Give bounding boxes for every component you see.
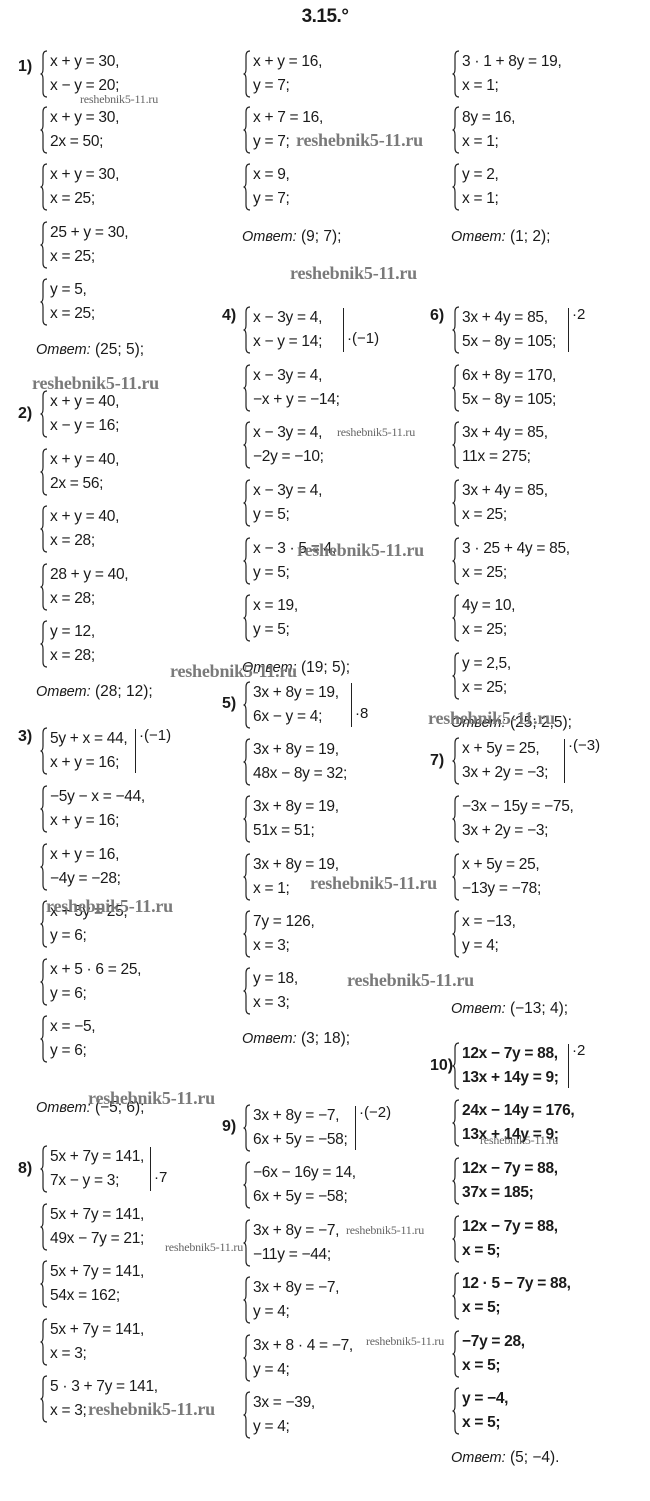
equation: 5 · 3 + 7y = 141, <box>50 1375 158 1399</box>
equation: y = 6; <box>50 982 141 1006</box>
equation: x = 28; <box>50 587 128 611</box>
equation-system: 3x + 8y = −7,y = 4; <box>243 1276 339 1324</box>
equation-system: 3x + 4y = 85,11x = 275; <box>452 421 548 469</box>
watermark: reshebnik5-11.ru <box>480 1133 558 1148</box>
answer-line: Ответ: (−13; 4); <box>451 1000 568 1018</box>
equation: x − 3y = 4, <box>253 306 322 330</box>
brace-icon <box>40 563 48 611</box>
watermark: reshebnik5-11.ru <box>296 130 423 151</box>
multiplier: ·(−2) <box>359 1104 391 1121</box>
brace-icon <box>243 1104 251 1152</box>
equation: y = 5, <box>50 278 95 302</box>
answer-value: (3; 18); <box>301 1030 350 1047</box>
problem-number: 4) <box>222 307 236 325</box>
brace-icon <box>452 163 460 211</box>
equation-system: 3x + 8 · 4 = −7,y = 4; <box>243 1334 353 1382</box>
equation: x = 25; <box>462 503 548 527</box>
equation-system: 7y = 126,x = 3; <box>243 910 315 958</box>
brace-icon <box>452 1042 460 1090</box>
equation: 6x + 5y = −58; <box>253 1128 347 1152</box>
exercise-title: 3.15.° <box>0 6 650 28</box>
equation: x = 25; <box>50 187 119 211</box>
watermark: reshebnik5-11.ru <box>165 1240 243 1255</box>
equation: y = 6; <box>50 1039 95 1063</box>
watermark: reshebnik5-11.ru <box>88 1088 215 1109</box>
multiplier: ·(−1) <box>139 727 171 744</box>
brace-icon <box>452 853 460 901</box>
answer-label: Ответ: <box>451 229 506 245</box>
answer-label: Ответ: <box>36 684 91 700</box>
brace-icon <box>40 785 48 833</box>
brace-icon <box>40 1203 48 1251</box>
equation-system: −6x − 16y = 14, 6x + 5y = −58; <box>243 1161 356 1209</box>
equation: y = 5; <box>253 503 322 527</box>
equation: 3 · 25 + 4y = 85, <box>462 537 570 561</box>
equation: x = 9, <box>253 163 290 187</box>
equation: x = 5; <box>462 1354 525 1378</box>
system-lines: 12x − 7y = 88,37x = 185; <box>462 1157 558 1205</box>
answer-line: Ответ: (9; 7); <box>242 228 341 246</box>
equation-system: x + y = 40,x − y = 16; <box>40 390 119 438</box>
equation-system: −5y − x = −44,x + y = 16; <box>40 785 145 833</box>
equation: x = 5; <box>462 1411 508 1435</box>
equation-system: −7y = 28,x = 5; <box>452 1330 525 1378</box>
system-lines: −6x − 16y = 14, 6x + 5y = −58; <box>253 1161 356 1209</box>
equation: x + 5y = 25, <box>462 853 541 877</box>
answer-line: Ответ: (1; 2); <box>451 228 550 246</box>
equation-system: y = 2, x = 1; <box>452 163 499 211</box>
system-lines: 7y = 126,x = 3; <box>253 910 315 958</box>
equation-system: x = 9,y = 7; <box>243 163 290 211</box>
equation: 48x − 8y = 32; <box>253 762 347 786</box>
system-lines: x + y = 30,x = 25; <box>50 163 119 211</box>
equation: x + y = 16; <box>50 751 127 775</box>
brace-icon <box>40 221 48 269</box>
equation: x = 19, <box>253 594 298 618</box>
answer-label: Ответ: <box>36 1100 91 1116</box>
equation: 6x + 5y = −58; <box>253 1185 356 1209</box>
equation-system: 5x + 7y = 141,7x − y = 3;·7 <box>40 1145 144 1193</box>
equation: −4y = −28; <box>50 867 121 891</box>
brace-icon <box>40 727 48 775</box>
system-lines: 5y + x = 44, x + y = 16; <box>50 727 127 775</box>
watermark: reshebnik5-11.ru <box>32 373 159 394</box>
equation: x = 25; <box>462 676 511 700</box>
equation-system: y = 18,x = 3; <box>243 967 298 1015</box>
brace-icon <box>40 843 48 891</box>
equation: 8y = 16, <box>462 106 515 130</box>
equation-system: 28 + y = 40,x = 28; <box>40 563 128 611</box>
equation: 3x + 8 · 4 = −7, <box>253 1334 353 1358</box>
brace-icon <box>452 652 460 700</box>
equation: x = 1; <box>462 74 561 98</box>
system-lines: y = −4,x = 5; <box>462 1387 508 1435</box>
watermark: reshebnik5-11.ru <box>366 1334 444 1349</box>
equation-system: 3x + 8y = 19,6x − y = 4;·8 <box>243 681 339 729</box>
equation: y = 7; <box>253 74 322 98</box>
multiplier: ·2 <box>572 1042 585 1059</box>
equation: 3x + 4y = 85, <box>462 421 548 445</box>
equation-system: 3 · 25 + 4y = 85,x = 25; <box>452 537 570 585</box>
equation-system: 25 + y = 30,x = 25; <box>40 221 128 269</box>
equation: 28 + y = 40, <box>50 563 128 587</box>
equation: x + y = 16, <box>253 50 322 74</box>
brace-icon <box>452 1387 460 1435</box>
equation: x + 5y = 25, <box>462 737 548 761</box>
equation: 3x + 2y = −3; <box>462 819 574 843</box>
equation: 3x + 8y = −7, <box>253 1219 339 1243</box>
watermark: reshebnik5-11.ru <box>297 540 424 561</box>
brace-icon <box>243 967 251 1015</box>
brace-icon <box>452 364 460 412</box>
brace-icon <box>452 50 460 98</box>
equation-system: x + y = 30,x = 25; <box>40 163 119 211</box>
watermark: reshebnik5-11.ru <box>347 970 474 991</box>
system-lines: 5x + 7y = 141,54x = 162; <box>50 1260 144 1308</box>
problem-number: 2) <box>18 405 32 423</box>
brace-icon <box>452 306 460 354</box>
system-lines: 3x + 8y = 19,48x − 8y = 32; <box>253 738 347 786</box>
system-lines: x + 5y = 25,3x + 2y = −3; <box>462 737 548 785</box>
system-lines: x = −13,y = 4; <box>462 910 516 958</box>
brace-icon <box>40 50 48 98</box>
brace-icon <box>40 448 48 496</box>
brace-icon <box>243 1276 251 1324</box>
watermark: reshebnik5-11.ru <box>310 873 437 894</box>
problem-number: 10) <box>430 1057 453 1075</box>
system-lines: x = −5,y = 6; <box>50 1015 95 1063</box>
equation-system: x = −5,y = 6; <box>40 1015 95 1063</box>
system-lines: 4y = 10,x = 25; <box>462 594 515 642</box>
equation: 5x + 7y = 141, <box>50 1145 144 1169</box>
equation: x + y = 16, <box>50 843 121 867</box>
equation: 12x − 7y = 88, <box>462 1042 559 1066</box>
equation: 54x = 162; <box>50 1284 144 1308</box>
divider-bar <box>355 1106 356 1150</box>
brace-icon <box>243 163 251 211</box>
equation-system: x = 19,y = 5; <box>243 594 298 642</box>
divider-bar <box>343 308 344 352</box>
equation: x = −13, <box>462 910 516 934</box>
equation: 3x + 4y = 85, <box>462 479 548 503</box>
watermark: reshebnik5-11.ru <box>170 661 297 682</box>
equation: y = 4; <box>253 1300 339 1324</box>
equation-system: 12x − 7y = 88,37x = 185; <box>452 1157 558 1205</box>
answer-value: (28; 12); <box>95 683 153 700</box>
system-lines: x + y = 16,y = 7; <box>253 50 322 98</box>
equation: 12x − 7y = 88, <box>462 1215 558 1239</box>
equation: x − y = 16; <box>50 414 119 438</box>
system-lines: 3x + 8y = 19,51x = 51; <box>253 795 339 843</box>
equation-system: x + y = 16,y = 7; <box>243 50 322 98</box>
system-lines: 12x − 7y = 88,13x + 14y = 9; <box>462 1042 559 1090</box>
equation: x + y = 30, <box>50 106 119 130</box>
problem-number: 7) <box>430 752 444 770</box>
equation: −x + y = −14; <box>253 388 340 412</box>
equation: y = −4, <box>462 1387 508 1411</box>
system-lines: 12 · 5 − 7y = 88,x = 5; <box>462 1272 571 1320</box>
equation: x = 25; <box>50 302 95 326</box>
equation-system: x + 5y = 25,3x + 2y = −3;·(−3) <box>452 737 548 785</box>
equation-system: x + y = 30,2x = 50; <box>40 106 119 154</box>
system-lines: x + y = 40,2x = 56; <box>50 448 119 496</box>
equation: x = 25; <box>462 618 515 642</box>
brace-icon <box>452 421 460 469</box>
brace-icon <box>243 1334 251 1382</box>
system-lines: 3x + 8y = −7,−11y = −44; <box>253 1219 339 1267</box>
equation: x = 5; <box>462 1239 558 1263</box>
equation: 11x = 275; <box>462 445 548 469</box>
equation-system: 3x + 8y = 19,51x = 51; <box>243 795 339 843</box>
brace-icon <box>452 479 460 527</box>
system-lines: −5y − x = −44,x + y = 16; <box>50 785 145 833</box>
equation-system: x + y = 40,x = 28; <box>40 505 119 553</box>
equation: x = 3; <box>253 934 315 958</box>
equation: x = 28; <box>50 529 119 553</box>
equation-system: 3x + 4y = 85,x = 25; <box>452 479 548 527</box>
equation: 5x + 7y = 141, <box>50 1260 144 1284</box>
equation-system: 5x + 7y = 141,49x − 7y = 21; <box>40 1203 144 1251</box>
equation: x + 5 · 6 = 25, <box>50 958 141 982</box>
brace-icon <box>243 421 251 469</box>
brace-icon <box>243 364 251 412</box>
equation: −6x − 16y = 14, <box>253 1161 356 1185</box>
brace-icon <box>243 795 251 843</box>
equation: 7x − y = 3; <box>50 1169 144 1193</box>
brace-icon <box>452 106 460 154</box>
equation-system: y = 2,5,x = 25; <box>452 652 511 700</box>
system-lines: y = 18,x = 3; <box>253 967 298 1015</box>
equation-system: 3x + 4y = 85,5x − 8y = 105;·2 <box>452 306 556 354</box>
equation: −11y = −44; <box>253 1243 339 1267</box>
system-lines: 3 · 25 + 4y = 85,x = 25; <box>462 537 570 585</box>
brace-icon <box>452 737 460 785</box>
equation: x + y = 40, <box>50 448 119 472</box>
brace-icon <box>40 505 48 553</box>
equation: y = 4; <box>253 1415 315 1439</box>
brace-icon <box>243 306 251 354</box>
brace-icon <box>40 1015 48 1063</box>
equation: y = 5; <box>253 618 298 642</box>
equation-system: −3x − 15y = −75,3x + 2y = −3; <box>452 795 574 843</box>
system-lines: 3x + 4y = 85,5x − 8y = 105; <box>462 306 556 354</box>
brace-icon <box>452 1157 460 1205</box>
brace-icon <box>243 1219 251 1267</box>
equation: 2x = 56; <box>50 472 119 496</box>
equation: 12 · 5 − 7y = 88, <box>462 1272 571 1296</box>
equation: −2y = −10; <box>253 445 324 469</box>
watermark: reshebnik5-11.ru <box>80 92 158 107</box>
multiplier: ·(−3) <box>568 737 600 754</box>
system-lines: 8y = 16,x = 1; <box>462 106 515 154</box>
brace-icon <box>40 390 48 438</box>
brace-icon <box>452 1215 460 1263</box>
brace-icon <box>243 1391 251 1439</box>
brace-icon <box>243 50 251 98</box>
brace-icon <box>243 853 251 901</box>
problem-number: 5) <box>222 695 236 713</box>
equation-system: x + 5y = 25,−13y = −78; <box>452 853 541 901</box>
answer-label: Ответ: <box>36 342 91 358</box>
equation: x = 5; <box>462 1296 571 1320</box>
equation-system: 8y = 16,x = 1; <box>452 106 515 154</box>
equation: 49x − 7y = 21; <box>50 1227 144 1251</box>
equation: x + y = 30, <box>50 50 119 74</box>
equation-system: x − 3y = 4,−x + y = −14; <box>243 364 340 412</box>
system-lines: y = 2, x = 1; <box>462 163 499 211</box>
equation-system: 4y = 10,x = 25; <box>452 594 515 642</box>
equation-system: y = 5,x = 25; <box>40 278 95 326</box>
answer-line: Ответ: (5; −4). <box>451 1449 559 1467</box>
equation-system: 6x + 8y = 170,5x − 8y = 105; <box>452 364 556 412</box>
brace-icon <box>452 1099 460 1147</box>
equation: x = 28; <box>50 644 95 668</box>
watermark: reshebnik5-11.ru <box>346 1223 424 1238</box>
answer-line: Ответ: (25; 5); <box>36 341 144 359</box>
equation-system: 3 · 1 + 8y = 19,x = 1; <box>452 50 561 98</box>
system-lines: 3x + 8y = −7,y = 4; <box>253 1276 339 1324</box>
equation: y = 18, <box>253 967 298 991</box>
brace-icon <box>40 278 48 326</box>
system-lines: 5x + 7y = 141,x = 3; <box>50 1318 144 1366</box>
problem-number: 8) <box>18 1160 32 1178</box>
brace-icon <box>452 594 460 642</box>
equation: −5y − x = −44, <box>50 785 145 809</box>
equation-system: 12x − 7y = 88,13x + 14y = 9;·2 <box>452 1042 559 1090</box>
brace-icon <box>243 479 251 527</box>
system-lines: x − 3y = 4,y = 5; <box>253 479 322 527</box>
equation-system: 3x + 8y = 19,48x − 8y = 32; <box>243 738 347 786</box>
brace-icon <box>40 958 48 1006</box>
system-lines: x = 9,y = 7; <box>253 163 290 211</box>
divider-bar <box>351 683 352 727</box>
equation: x = 3; <box>253 991 298 1015</box>
divider-bar <box>564 739 565 783</box>
equation: 3x + 2y = −3; <box>462 761 548 785</box>
answer-value: (−13; 4); <box>510 1000 568 1017</box>
equation-system: 3x = −39,y = 4; <box>243 1391 315 1439</box>
answer-label: Ответ: <box>451 1450 506 1466</box>
multiplier: ·7 <box>154 1169 167 1186</box>
watermark: reshebnik5-11.ru <box>88 1399 215 1420</box>
brace-icon <box>40 163 48 211</box>
system-lines: x + y = 30,2x = 50; <box>50 106 119 154</box>
system-lines: y = 2,5,x = 25; <box>462 652 511 700</box>
equation: y = 6; <box>50 924 127 948</box>
system-lines: x − 3y = 4,−2y = −10; <box>253 421 324 469</box>
equation: y = 2,5, <box>462 652 511 676</box>
system-lines: 25 + y = 30,x = 25; <box>50 221 128 269</box>
system-lines: 12x − 7y = 88,x = 5; <box>462 1215 558 1263</box>
system-lines: 3x + 8 · 4 = −7,y = 4; <box>253 1334 353 1382</box>
equation: y = 7; <box>253 187 290 211</box>
brace-icon <box>452 1272 460 1320</box>
equation: 6x − y = 4; <box>253 705 339 729</box>
equation-system: 5y + x = 44, x + y = 16;·(−1) <box>40 727 127 775</box>
system-lines: 5x + 7y = 141,7x − y = 3; <box>50 1145 144 1193</box>
system-lines: x = 19,y = 5; <box>253 594 298 642</box>
equation-system: 5x + 7y = 141,54x = 162; <box>40 1260 144 1308</box>
system-lines: 6x + 8y = 170,5x − 8y = 105; <box>462 364 556 412</box>
brace-icon <box>40 620 48 668</box>
answer-value: (9; 7); <box>301 228 341 245</box>
equation: −7y = 28, <box>462 1330 525 1354</box>
equation: y = 4; <box>462 934 516 958</box>
equation: y = 4; <box>253 1358 353 1382</box>
brace-icon <box>40 1145 48 1193</box>
equation: 5x − 8y = 105; <box>462 330 556 354</box>
brace-icon <box>40 1260 48 1308</box>
brace-icon <box>243 738 251 786</box>
system-lines: 3x + 8y = 19,6x − y = 4; <box>253 681 339 729</box>
system-lines: x − 3y = 4,−x + y = −14; <box>253 364 340 412</box>
equation: 3x = −39, <box>253 1391 315 1415</box>
equation: x = 1; <box>462 130 515 154</box>
equation: y = 5; <box>253 561 336 585</box>
answer-line: Ответ: (28; 12); <box>36 683 153 701</box>
system-lines: x + y = 16,−4y = −28; <box>50 843 121 891</box>
multiplier: ·2 <box>572 306 585 323</box>
answer-label: Ответ: <box>242 1031 297 1047</box>
system-lines: 3x = −39,y = 4; <box>253 1391 315 1439</box>
brace-icon <box>243 106 251 154</box>
brace-icon <box>243 910 251 958</box>
equation-system: y = 12,x = 28; <box>40 620 95 668</box>
system-lines: x − 3y = 4,x − y = 14; <box>253 306 322 354</box>
equation: 7y = 126, <box>253 910 315 934</box>
watermark: reshebnik5-11.ru <box>290 263 417 284</box>
system-lines: 3x + 4y = 85,11x = 275; <box>462 421 548 469</box>
answer-value: (25; 5); <box>95 341 144 358</box>
equation: x + y = 16; <box>50 809 145 833</box>
equation: 12x − 7y = 88, <box>462 1157 558 1181</box>
equation: x − 3y = 4, <box>253 421 324 445</box>
equation: 3x + 4y = 85, <box>462 306 556 330</box>
system-lines: −7y = 28,x = 5; <box>462 1330 525 1378</box>
brace-icon <box>452 795 460 843</box>
answer-label: Ответ: <box>242 229 297 245</box>
equation: 13x + 14y = 9; <box>462 1066 559 1090</box>
equation: 3x + 8y = 19, <box>253 681 339 705</box>
equation: x = 1; <box>462 187 499 211</box>
brace-icon <box>452 1330 460 1378</box>
equation: −3x − 15y = −75, <box>462 795 574 819</box>
divider-bar <box>135 729 136 773</box>
equation: x + y = 30, <box>50 163 119 187</box>
system-lines: x + 5y = 25,−13y = −78; <box>462 853 541 901</box>
system-lines: 3x + 8y = −7,6x + 5y = −58; <box>253 1104 347 1152</box>
watermark: reshebnik5-11.ru <box>337 425 415 440</box>
equation-system: x − 3y = 4,−2y = −10; <box>243 421 324 469</box>
equation: 2x = 50; <box>50 130 119 154</box>
equation-system: x − 3y = 4,x − y = 14;·(−1) <box>243 306 322 354</box>
problem-number: 6) <box>430 307 444 325</box>
equation: y = 2, <box>462 163 499 187</box>
equation-system: x + y = 16,−4y = −28; <box>40 843 121 891</box>
equation: −13y = −78; <box>462 877 541 901</box>
equation: 5x − 8y = 105; <box>462 388 556 412</box>
equation: 5x + 7y = 141, <box>50 1318 144 1342</box>
equation: 5y + x = 44, <box>50 727 127 751</box>
brace-icon <box>452 537 460 585</box>
equation: x = −5, <box>50 1015 95 1039</box>
watermark: reshebnik5-11.ru <box>428 708 555 729</box>
system-lines: x + y = 30,x − y = 20; <box>50 50 119 98</box>
equation: 4y = 10, <box>462 594 515 618</box>
equation-system: y = −4,x = 5; <box>452 1387 508 1435</box>
system-lines: 28 + y = 40,x = 28; <box>50 563 128 611</box>
equation-system: 3x + 8y = −7,6x + 5y = −58;·(−2) <box>243 1104 347 1152</box>
